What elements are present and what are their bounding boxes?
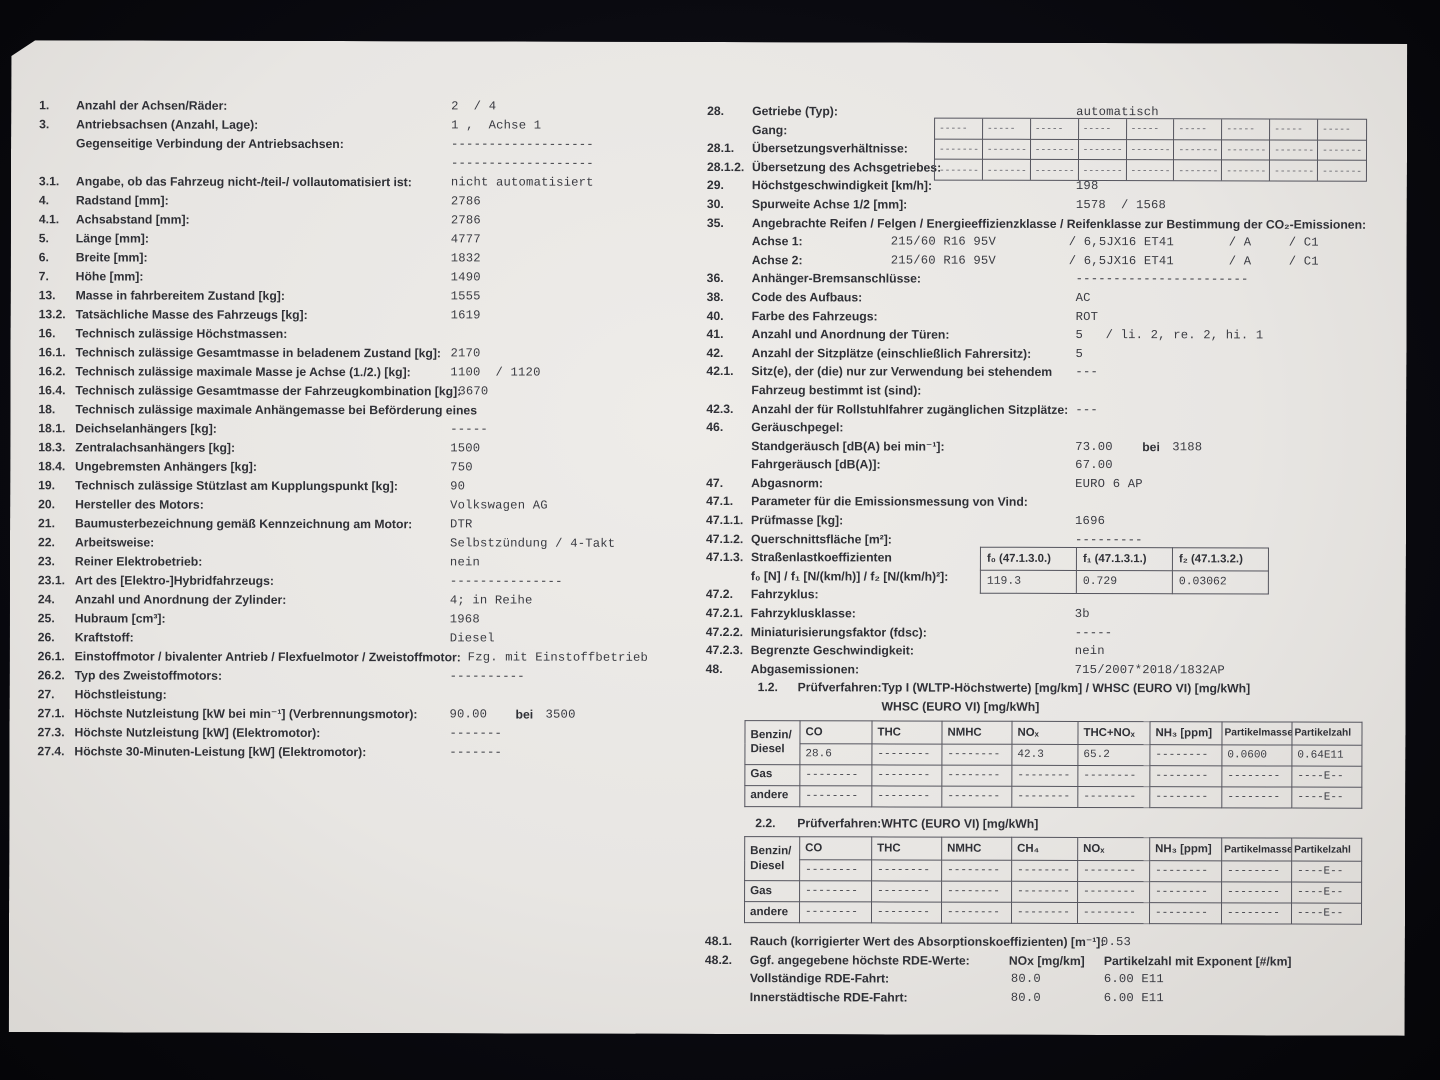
item-label: bei (516, 705, 534, 724)
item-value: 5 (1075, 345, 1083, 364)
emissions-column-header: CH₄ (1012, 837, 1078, 860)
item-number: 42.1. (706, 362, 733, 381)
item-value: Selbstzündung / 4-Takt (450, 534, 615, 553)
item-label: WHSC (EURO VI) [mg/kWh] (882, 697, 1040, 716)
item-label: Querschnittsfläche [m²]: (751, 530, 892, 549)
row: 47.1.Parameter für die Emissionsmessung … (706, 492, 1430, 512)
item-number: 22. (38, 533, 55, 552)
item-label: Hubraum [cm³]: (75, 609, 166, 628)
item-label: Baumusterbezeichnung gemäß Kennzeichnung… (75, 514, 412, 534)
fuel-type-label: Gas (745, 881, 800, 902)
emissions-value: 28.6 (800, 743, 872, 764)
emissions-value: 0.0600 (1222, 744, 1292, 765)
item-label: Hersteller des Motors: (75, 495, 204, 514)
row: 48.Abgasemissionen:715/2007*2018/1832AP (706, 660, 1430, 680)
row: 48.1.Rauch (korrigierter Wert des Absorp… (705, 932, 1429, 952)
left-column: 1.Anzahl der Achsen/Räder:2 / 43.Antrieb… (37, 96, 701, 763)
item-label: Anzahl und Anordnung der Zylinder: (75, 590, 287, 610)
item-label: Prüfmasse [kg]: (751, 511, 843, 530)
item-label: Gang: (752, 121, 787, 140)
row: 6.Breite [mm]:1832 (39, 248, 701, 269)
row: 20.Hersteller des Motors:Volkswagen AG (38, 495, 700, 516)
item-label: Rauch (korrigierter Wert des Absorptions… (750, 932, 1105, 952)
item-number: 5. (39, 229, 49, 248)
emissions-value: ----E-- (1292, 882, 1362, 903)
gear-cell: ------- (983, 160, 1031, 180)
item-label: Ggf. angegebene höchste RDE-Werte: (750, 951, 970, 970)
emissions-value: -------- (871, 902, 941, 923)
koeff-value-cell: 119.3 (980, 570, 1076, 593)
emissions-value: -------- (942, 881, 1012, 902)
item-value: 2786 (451, 192, 481, 211)
item-label: Prüfverfahren: (798, 679, 882, 698)
item-number: 26.1. (38, 647, 65, 666)
item-number: 27. (38, 685, 55, 704)
emissions-column-header: CO (800, 720, 872, 743)
item-value: ----------------------- (1076, 270, 1249, 289)
koeff-header-cell: f₁ (47.1.3.1.) (1076, 547, 1172, 570)
item-value: ------------------- (451, 135, 594, 154)
item-value: 2786 (451, 211, 481, 230)
koeff-value-cell: 0.729 (1076, 570, 1172, 593)
item-value: 2 / 4 (451, 97, 496, 116)
emissions-value: -------- (1078, 882, 1150, 903)
item-label: Breite [mm]: (76, 248, 148, 267)
row: 2.2.Prüfverfahren:WHTC (EURO VI) [mg/kWh… (705, 814, 1429, 834)
item-label: Straßenlastkoeffizienten (751, 548, 892, 567)
item-number: 48.2. (705, 951, 732, 970)
row: 22.Arbeitsweise:Selbstzündung / 4-Takt (38, 533, 700, 554)
item-value: 1555 (451, 287, 481, 306)
gear-cell: ----- (1270, 119, 1318, 140)
row: 26.2.Typ des Zweistoffmotors:---------- (38, 666, 700, 687)
row: 26.Kraftstoff:Diesel (38, 628, 700, 649)
fuel-type-label: Gas (745, 764, 800, 785)
gear-cell: ----- (1031, 119, 1079, 140)
row: 16.2.Technisch zulässige maximale Masse … (38, 362, 700, 383)
item-number: 30. (707, 195, 724, 214)
emissions-value: -------- (1012, 786, 1078, 807)
row: 26.1.Einstoffmotor / bivalenter Antrieb … (38, 647, 700, 668)
row: 5.Länge [mm]:4777 (39, 229, 701, 250)
row: 18.1.Deichselanhängers [kg]:----- (38, 419, 700, 440)
item-label: Achse 2: (752, 251, 803, 270)
emissions-value: -------- (800, 764, 872, 785)
row: 3.Antriebsachsen (Anzahl, Lage):1 , Achs… (39, 115, 701, 136)
item-label: Antriebsachsen (Anzahl, Lage): (76, 115, 258, 134)
gear-cell: ----- (1079, 119, 1127, 140)
item-label: Prüfverfahren: (797, 814, 881, 833)
row: WHSC (EURO VI) [mg/kWh] (706, 697, 1430, 717)
item-label: Technisch zulässige Stützlast am Kupplun… (75, 476, 398, 496)
koeff-header-cell: f₂ (47.1.3.2.) (1172, 548, 1268, 571)
item-label: Reiner Elektrobetrieb: (75, 552, 202, 571)
gear-cell: ------- (1318, 140, 1366, 161)
row: 27.Höchstleistung: (38, 685, 700, 706)
item-label: Deichselanhängers [kg]: (75, 419, 217, 438)
emissions-value: -------- (1221, 903, 1291, 924)
item-label: Technisch zulässige Gesamtmasse in belad… (75, 343, 441, 363)
emissions-column-header: NOₓ (1078, 838, 1150, 861)
item-label: Höchstgeschwindigkeit [km/h]: (752, 176, 932, 195)
emissions-value: -------- (1222, 786, 1292, 807)
item-value: / C1 (1289, 252, 1319, 271)
gear-cell: ----- (1127, 119, 1175, 140)
emissions-value: -------- (1077, 903, 1149, 924)
item-number: 18. (38, 400, 55, 419)
item-number: 7. (39, 267, 49, 286)
koeff-header-cell: f₀ (47.1.3.0.) (980, 547, 1076, 570)
item-label: Abgasemissionen: (751, 660, 859, 679)
item-value: 1968 (450, 610, 480, 629)
item-number: 27.4. (37, 742, 64, 761)
gear-cell: ----- (1222, 119, 1270, 140)
item-value: / C1 (1289, 234, 1319, 253)
row: Gegenseitige Verbindung der Antriebsachs… (39, 134, 701, 155)
gear-cell: ------- (935, 160, 983, 180)
item-label: Vollständige RDE-Fahrt: (750, 969, 889, 988)
emissions-value: -------- (872, 744, 942, 765)
emissions-value: -------- (1150, 765, 1222, 786)
item-number: 46. (706, 418, 723, 437)
emissions-value: -------- (800, 881, 872, 902)
item-value: 5 / li. 2, re. 2, hi. 1 (1076, 326, 1264, 345)
row: 16.1.Technisch zulässige Gesamtmasse in … (38, 343, 700, 364)
emissions-table-wltp: Benzin/ DieselCOTHCNMHCNOₓTHC+NOₓNH₃ [pp… (744, 720, 1429, 809)
row: 4.1.Achsabstand [mm]:2786 (39, 210, 701, 231)
row: Standgeräusch [dB(A) bei min⁻¹]:73.00bei… (706, 437, 1430, 457)
item-value: 3670 (458, 382, 488, 401)
row: Vollständige RDE-Fahrt:80.06.00 E11 (705, 969, 1429, 989)
emissions-column-header: Partikelzahl (1292, 838, 1362, 861)
row: 46.Geräuschpegel: (706, 418, 1430, 438)
gear-cell: ------- (1079, 140, 1127, 161)
item-number: 16.1. (38, 343, 65, 362)
item-number: 26. (38, 628, 55, 647)
row: 3.1.Angabe, ob das Fahrzeug nicht-/teil-… (39, 172, 701, 193)
emissions-value: -------- (1011, 902, 1077, 923)
item-label: Übersetzung des Achsgetriebes: (752, 158, 941, 177)
gear-cell: ----- (983, 119, 1031, 140)
item-number: 27.1. (38, 704, 65, 723)
emissions-column-header: THC (872, 721, 942, 744)
document-photo: 1.Anzahl der Achsen/Räder:2 / 43.Antrieb… (0, 0, 1440, 1080)
emissions-value: -------- (942, 860, 1012, 881)
item-label: Anhänger-Bremsanschlüsse: (752, 269, 921, 288)
item-label: Miniaturisierungsfaktor (fdsc): (751, 623, 927, 642)
row: ------------------- (39, 153, 701, 174)
emissions-value: -------- (1149, 903, 1221, 924)
paper-sheet: 1.Anzahl der Achsen/Räder:2 / 43.Antrieb… (9, 40, 1408, 1036)
emissions-value: -------- (872, 786, 942, 807)
row: 24.Anzahl und Anordnung der Zylinder:4; … (38, 590, 700, 611)
item-label: Abgasnorm: (751, 474, 823, 493)
row: 18.3.Zentralachsanhängers [kg]:1500 (38, 438, 700, 459)
item-number: 38. (707, 288, 724, 307)
item-value: 215/60 R16 95V (891, 251, 996, 270)
item-value: 1832 (451, 249, 481, 268)
item-label: Angabe, ob das Fahrzeug nicht-/teil-/ vo… (76, 172, 412, 192)
item-value: --- (1075, 400, 1098, 419)
item-number: 28.1.2. (707, 158, 744, 177)
item-label: Fahrzyklus: (751, 586, 819, 605)
row: 19.Technisch zulässige Stützlast am Kupp… (38, 476, 700, 497)
item-label: Höchste Nutzleistung [kW bei min⁻¹] (Ver… (75, 704, 418, 724)
item-label: Masse in fahrbereitem Zustand [kg]: (76, 286, 285, 306)
item-number: 3. (39, 115, 49, 134)
item-label: Technisch zulässige Höchstmassen: (76, 324, 288, 344)
gear-ratio-table: ----------------------------------------… (934, 118, 1367, 182)
row: 41.Anzahl und Anordnung der Türen:5 / li… (707, 325, 1431, 345)
row: 23.1.Art des [Elektro-]Hybridfahrzeugs:-… (38, 571, 700, 592)
item-value: --------------- (450, 572, 563, 591)
item-number: 47.2.1. (706, 604, 743, 623)
fuel-type-label: Benzin/ Diesel (745, 837, 800, 881)
item-label: Achsabstand [mm]: (76, 210, 190, 229)
item-number: 4. (39, 191, 49, 210)
item-value: 1490 (451, 268, 481, 287)
item-number: 48.1. (705, 932, 732, 951)
right-rows-top: 28.Getriebe (Typ):automatischGang:28.1.Ü… (706, 102, 1432, 717)
item-number: 29. (707, 176, 724, 195)
item-number: 28. (707, 102, 724, 121)
gear-cell: ----- (1174, 119, 1222, 140)
emissions-value: -------- (1012, 765, 1078, 786)
gear-cell: ------- (1079, 160, 1127, 180)
emissions-value: -------- (1078, 765, 1150, 786)
item-value: 1619 (451, 306, 481, 325)
item-label: Gegenseitige Verbindung der Antriebsachs… (76, 134, 344, 154)
item-value: 215/60 R16 95V (891, 233, 996, 252)
item-label: Partikelzahl mit Exponent [#/km] (1104, 952, 1292, 971)
item-label: Parameter für die Emissionsmessung von V… (751, 493, 1028, 512)
item-number: 47.2. (706, 585, 733, 604)
emissions-column-header: NMHC (942, 721, 1012, 744)
item-label: Übersetzungsverhältnisse: (752, 139, 908, 158)
item-label: f₀ [N] / f₁ [N/(km/h)] / f₂ [N/(km/h)²]: (751, 567, 948, 586)
item-label: Höchste Nutzleistung [kW] (Elektromotor)… (74, 723, 320, 743)
item-value: nein (1075, 642, 1105, 661)
koeff-value-cell: 0.03062 (1172, 571, 1268, 594)
row: 27.1.Höchste Nutzleistung [kW bei min⁻¹]… (38, 704, 700, 725)
emissions-value: -------- (941, 902, 1011, 923)
item-value: 1500 (450, 439, 480, 458)
item-value: 80.0 (1011, 970, 1041, 989)
gear-cell: ------- (1031, 140, 1079, 161)
row: 47.2.1.Fahrzyklusklasse:3b (706, 604, 1430, 624)
emissions-column-header: NOₓ (1012, 721, 1078, 744)
item-label: Einstoffmotor / bivalenter Antrieb / Fle… (75, 647, 461, 667)
row: 36.Anhänger-Bremsanschlüsse:------------… (707, 269, 1431, 289)
item-number: 42.3. (706, 399, 733, 418)
row: Fahrzeug bestimmt ist (sind): (706, 381, 1430, 401)
row: 40.Farbe des Fahrzeugs:ROT (707, 307, 1431, 327)
gear-cell: ------- (983, 139, 1031, 160)
item-number: 6. (39, 248, 49, 267)
road-load-coefficient-table: f₀ (47.1.3.0.)f₁ (47.1.3.1.)f₂ (47.1.3.2… (980, 547, 1269, 595)
item-value: 1578 / 1568 (1076, 196, 1166, 215)
item-number: 13. (39, 286, 56, 305)
row: 27.4.Höchste 30-Minuten-Leistung [kW] (E… (37, 742, 699, 763)
emissions-value: -------- (942, 765, 1012, 786)
fuel-type-label: Benzin/ Diesel (745, 720, 800, 764)
emissions-value: -------- (1222, 765, 1292, 786)
item-label: Anzahl der für Rollstuhlfahrer zugänglic… (751, 400, 1068, 419)
row: 47.1.1.Prüfmasse [kg]:1696 (706, 511, 1430, 531)
item-label: Höhe [mm]: (76, 267, 144, 286)
emissions-value: ----E-- (1292, 861, 1362, 882)
item-label: Farbe des Fahrzeugs: (752, 307, 878, 326)
row: 16.4.Technisch zulässige Gesamtmasse der… (38, 381, 700, 402)
item-number: 41. (707, 325, 724, 344)
item-label: Tatsächliche Masse des Fahrzeugs [kg]: (76, 305, 308, 325)
item-value: 67.00 (1075, 456, 1113, 475)
row: 4.Radstand [mm]:2786 (39, 191, 701, 212)
row: Achse 1:215/60 R16 95V/ 6,5JX16 ET41/ A/… (707, 232, 1431, 252)
item-value: 0.53 (1101, 933, 1131, 952)
item-value: 2170 (450, 344, 480, 363)
item-label: Achse 1: (752, 232, 803, 251)
item-label: Fahrzeug bestimmt ist (sind): (751, 381, 921, 400)
item-label: Radstand [mm]: (76, 191, 169, 210)
row: 48.2.Ggf. angegebene höchste RDE-Werte:N… (705, 951, 1429, 971)
item-label: Fahrzyklusklasse: (751, 604, 856, 623)
item-number: 47.1.2. (706, 530, 743, 549)
item-value: DTR (450, 515, 473, 534)
item-label: Spurweite Achse 1/2 [mm]: (752, 195, 907, 214)
item-number: 13.2. (39, 305, 66, 324)
emissions-value: ----E-- (1292, 766, 1362, 787)
item-number: 47.1.1. (706, 511, 743, 530)
emissions-value: -------- (1078, 861, 1150, 882)
item-label: Sitz(e), der (die) nur zur Verwendung be… (751, 362, 1052, 381)
row: 30.Spurweite Achse 1/2 [mm]:1578 / 1568 (707, 195, 1431, 215)
item-label: Art des [Elektro-]Hybridfahrzeugs: (75, 571, 274, 591)
emissions-column-header: NH₃ [ppm] (1150, 721, 1222, 744)
item-number: 3.1. (39, 172, 59, 191)
item-value: 90 (450, 477, 465, 496)
item-number: 47.1. (706, 492, 733, 511)
emissions-column-header: NH₃ [ppm] (1150, 838, 1222, 861)
emissions-table-whtc: Benzin/ DieselCOTHCNMHCCH₄NOₓNH₃ [ppm]Pa… (744, 836, 1429, 925)
item-value: / A (1229, 252, 1252, 271)
item-number: 19. (38, 476, 55, 495)
row: 23.Reiner Elektrobetrieb:nein (38, 552, 700, 573)
item-label: Anzahl und Anordnung der Türen: (752, 325, 950, 344)
item-number: 4.1. (39, 210, 59, 229)
emissions-value: ----E-- (1292, 787, 1362, 808)
item-value: ------- (449, 743, 502, 762)
item-value: ----- (1075, 624, 1113, 643)
item-value: 4; in Reihe (450, 591, 533, 610)
item-label: Typ des Zweistoffmotors: (75, 666, 222, 685)
item-label: NOx [mg/km] (1009, 952, 1085, 971)
row: 42.Anzahl der Sitzplätze (einschließlich… (706, 344, 1430, 364)
item-value: / 6,5JX16 ET41 (1069, 233, 1174, 252)
item-number: 48. (706, 660, 723, 679)
item-number: 47.2.3. (706, 641, 743, 660)
row: 25.Hubraum [cm³]:1968 (38, 609, 700, 630)
item-value: ------- (449, 724, 502, 743)
item-value: Diesel (450, 629, 495, 648)
item-value: / A (1229, 234, 1252, 253)
item-number: 1. (39, 96, 49, 115)
row: 18.4.Ungebremsten Anhängers [kg]:750 (38, 457, 700, 478)
item-label: Technisch zulässige maximale Masse je Ac… (75, 362, 410, 382)
item-value: ------------------- (451, 154, 594, 173)
gear-cell: ------- (1270, 161, 1318, 181)
item-label: bei (1142, 438, 1160, 457)
item-number: 40. (707, 307, 724, 326)
fuel-type-label: andere (745, 785, 800, 806)
item-number: 16. (39, 324, 56, 343)
item-number: 25. (38, 609, 55, 628)
item-label: Technisch zulässige Gesamtmasse der Fahr… (75, 381, 461, 401)
item-value: AC (1076, 289, 1091, 308)
item-number: 23. (38, 552, 55, 571)
item-value: nicht automatisiert (451, 173, 594, 192)
row: 1.Anzahl der Achsen/Räder:2 / 4 (39, 96, 701, 117)
item-value: 73.00 (1075, 438, 1113, 457)
emissions-value: 0.64E11 (1292, 745, 1362, 766)
emissions-value: -------- (800, 860, 872, 881)
item-label: Typ I (WLTP-Höchstwerte) [mg/km] / WHSC … (882, 679, 1251, 699)
gear-cell: ------- (1174, 161, 1222, 181)
item-number: 28.1. (707, 139, 734, 158)
row: 42.3.Anzahl der für Rollstuhlfahrer zugä… (706, 399, 1430, 419)
emissions-value: -------- (872, 881, 942, 902)
emissions-value: -------- (1012, 881, 1078, 902)
item-number: 42. (706, 344, 723, 363)
item-value: 4777 (451, 230, 481, 249)
item-number: 47.2.2. (706, 623, 743, 642)
item-number: 47. (706, 474, 723, 493)
item-label: Ungebremsten Anhängers [kg]: (75, 457, 257, 476)
item-number: 18.3. (38, 438, 65, 457)
emissions-value: 65.2 (1078, 744, 1150, 765)
item-value: 6.00 E11 (1104, 970, 1164, 989)
emissions-value: -------- (1222, 882, 1292, 903)
item-label: Code des Aufbaus: (752, 288, 863, 307)
row: 47.2.2.Miniaturisierungsfaktor (fdsc):--… (706, 623, 1430, 643)
item-value: 1100 / 1120 (450, 363, 540, 382)
item-label: Länge [mm]: (76, 229, 149, 248)
item-number: 16.4. (38, 381, 65, 400)
right-rows-mid: 2.2.Prüfverfahren:WHTC (EURO VI) [mg/kWh… (705, 814, 1429, 834)
item-number: 21. (38, 514, 55, 533)
item-label: WHTC (EURO VI) [mg/kWh] (881, 814, 1038, 833)
emissions-value: -------- (1012, 860, 1078, 881)
right-rows-bottom: 48.1.Rauch (korrigierter Wert des Absorp… (705, 932, 1429, 1008)
gear-cell: ------- (1270, 140, 1318, 161)
item-number: 18.1. (38, 419, 65, 438)
item-label: 1.2. (758, 679, 778, 698)
item-label: Angebrachte Reifen / Felgen / Energieeff… (752, 214, 1366, 234)
item-number: 27.3. (37, 723, 64, 742)
row: Fahrgeräusch [dB(A)]:67.00 (706, 455, 1430, 475)
item-value: Volkswagen AG (450, 496, 548, 515)
item-value: 1696 (1075, 512, 1105, 531)
item-value: ----- (450, 420, 488, 439)
emissions-value: -------- (1150, 744, 1222, 765)
item-label: Zentralachsanhängers [kg]: (75, 438, 235, 457)
row: 35.Angebrachte Reifen / Felgen / Energie… (707, 214, 1431, 234)
emissions-column-header: THC (872, 837, 942, 860)
right-column: 28.Getriebe (Typ):automatischGang:28.1.Ü… (705, 102, 1431, 1008)
emissions-value: -------- (872, 860, 942, 881)
emissions-value: -------- (1150, 882, 1222, 903)
emissions-value: -------- (1150, 786, 1222, 807)
